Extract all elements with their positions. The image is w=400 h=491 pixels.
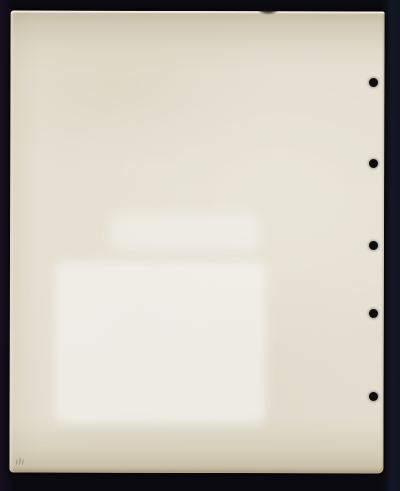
scanner-background: ılı: [0, 0, 400, 491]
scanned-page: ılı: [9, 11, 384, 474]
pencil-mark: ılı: [15, 458, 25, 468]
bleed-through-patch: [110, 213, 260, 251]
paper-edge-notch: [255, 9, 282, 17]
bleed-through-patch: [55, 262, 266, 425]
bleed-through-patches: [11, 11, 385, 12]
